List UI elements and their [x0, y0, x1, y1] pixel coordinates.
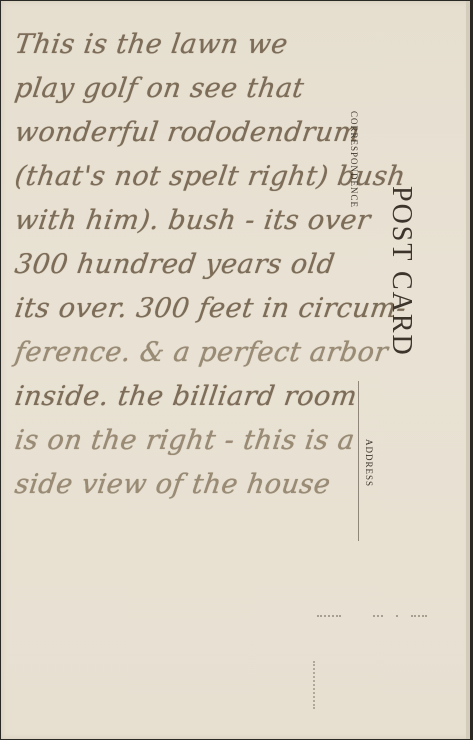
message-line: wonderful rododendrum	[12, 111, 470, 155]
message-line: play golf on see that	[12, 67, 470, 111]
message-line: inside. the billiard room	[12, 375, 470, 419]
postcard-title: POST CARD	[385, 186, 417, 357]
address-line	[373, 615, 383, 617]
postcard-back: This is the lawn we play golf on see tha…	[1, 1, 470, 739]
correspondence-label: CORRESPONDENCE	[349, 111, 359, 208]
message-line: This is the lawn we	[12, 23, 470, 67]
address-vertical-line	[313, 661, 315, 709]
correspondence-address-divider	[358, 381, 359, 541]
message-line: side view of the house	[12, 463, 470, 507]
message-line: is on the right - this is a	[12, 419, 470, 463]
address-label: ADDRESS	[364, 439, 374, 487]
address-line	[317, 615, 341, 617]
address-line	[411, 615, 427, 617]
address-line	[396, 615, 399, 617]
